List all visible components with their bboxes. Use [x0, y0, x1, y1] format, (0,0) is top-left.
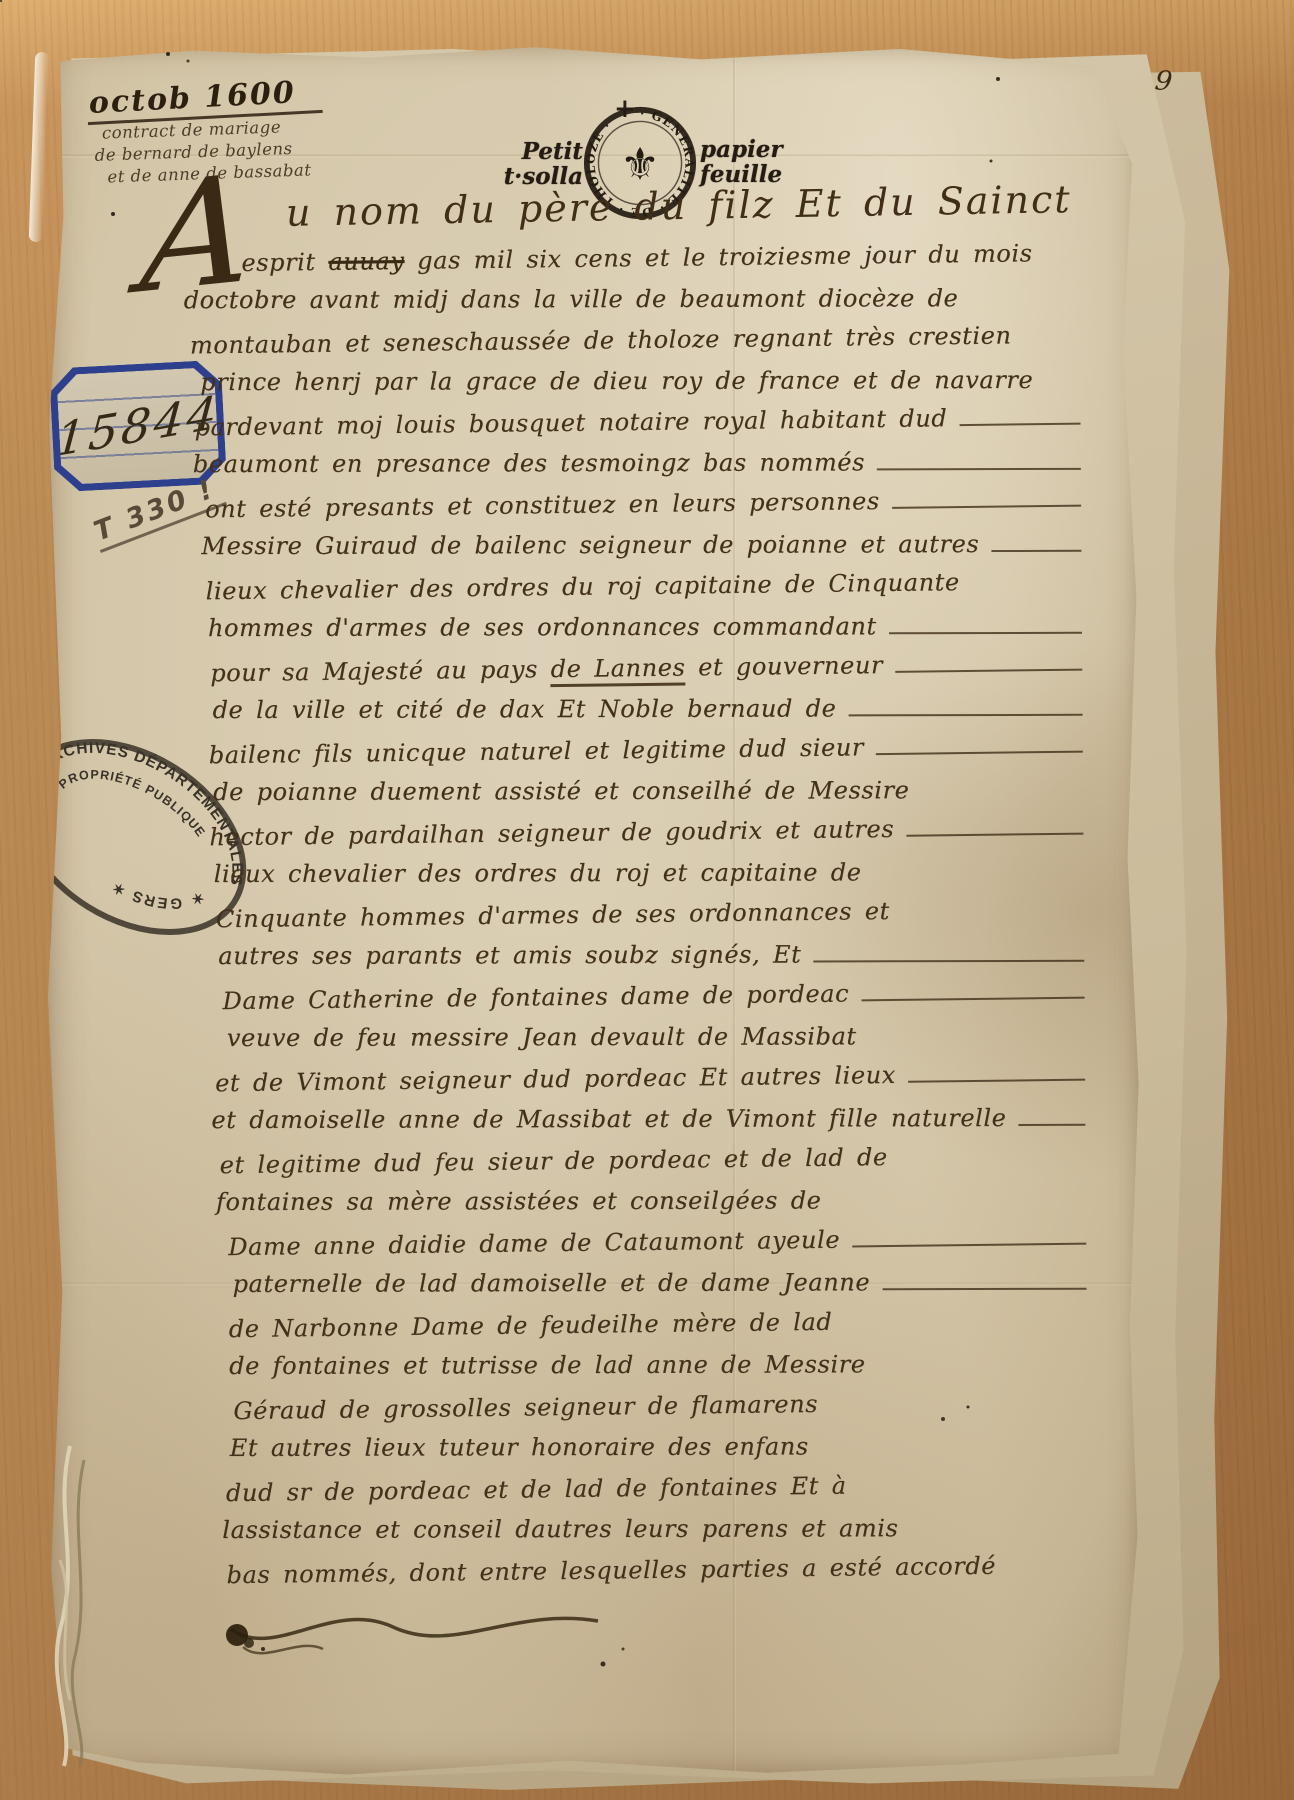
- manuscript-line: bailenc fils unicque naturel et legitime…: [209, 731, 1087, 783]
- manuscript-line-text: beaumont en presance des tesmoingz bas n…: [193, 448, 865, 478]
- ink-speckles: [0, 0, 2, 2]
- manuscript-line: et damoiselle anne de Massibat et de Vim…: [211, 1104, 1089, 1147]
- line-end-dash: [959, 411, 1080, 426]
- tax-stamp-word: papier: [700, 137, 783, 162]
- manuscript-line-text: pour sa Majesté au pays de Lannes et gou…: [210, 651, 883, 687]
- manuscript-line-text: Dame anne daidie dame de Cataumont ayeul…: [228, 1226, 840, 1261]
- line-end-dash: [877, 456, 1081, 471]
- manuscript-line: pardevant moj louis bousquet notaire roy…: [194, 403, 1084, 455]
- manuscript-line: et legitime dud feu sieur de pordeac et …: [219, 1141, 1089, 1193]
- line-end-dash: [813, 948, 1084, 963]
- manuscript-line-text: lieux chevalier des ordres du roj et cap…: [214, 858, 862, 888]
- line-end-dash: [991, 538, 1081, 552]
- photo-scene: octob 1600 contract de mariage de bernar…: [0, 0, 1294, 1800]
- line-end-dash: [1018, 1112, 1085, 1126]
- manuscript-line: veuve de feu messire Jean devault de Mas…: [227, 1022, 1089, 1065]
- manuscript-line-text: et de Vimont seigneur dud pordeac Et aut…: [215, 1061, 896, 1097]
- manuscript-line: dud sr de pordeac et de lad de fontaines…: [226, 1469, 1092, 1521]
- manuscript-line: Dame anne daidie dame de Cataumont ayeul…: [228, 1223, 1090, 1275]
- manuscript-line: autres ses parants et amis soubz signés,…: [218, 940, 1088, 983]
- manuscript-line: prince henrj par la grace de dieu roy de…: [200, 366, 1084, 409]
- manuscript-line-text: doctobre avant midj dans la ville de bea…: [184, 284, 959, 314]
- manuscript-line-text: paternelle de lad damoiselle et de dame …: [233, 1268, 871, 1298]
- manuscript-line-text: Et autres lieux tuteur honoraire des enf…: [230, 1432, 809, 1462]
- manuscript-line-text: veuve de feu messire Jean devault de Mas…: [227, 1022, 857, 1052]
- manuscript-line-text: ont esté presants et constituez en leurs…: [205, 487, 880, 523]
- manuscript-line: de poianne duement assisté et conseilhé …: [213, 776, 1087, 819]
- manuscript-line: hommes d'armes de ses ordonnances comman…: [208, 612, 1086, 655]
- line-end-dash: [852, 1231, 1086, 1248]
- folded-edge-highlight: [29, 52, 50, 242]
- manuscript-line-text: pardevant moj louis bousquet notaire roy…: [194, 404, 947, 441]
- struck-word: auuay: [328, 247, 404, 276]
- manuscript-line-text: de poianne duement assisté et conseilhé …: [213, 776, 909, 806]
- manuscript-line: lassistance et conseil dautres leurs par…: [222, 1514, 1092, 1557]
- manuscript-line: Géraud de grossolles seigneur de flamare…: [233, 1387, 1091, 1438]
- manuscript-line: Cinquante hommes d'armes de ses ordonnan…: [216, 895, 1088, 947]
- manuscript-line: Et autres lieux tuteur honoraire des enf…: [230, 1432, 1092, 1475]
- manuscript-line: doctobre avant midj dans la ville de bea…: [184, 284, 1084, 327]
- line-end-dash: [848, 702, 1082, 717]
- manuscript-line-text: de la ville et cité de dax Et Noble bern…: [213, 694, 837, 724]
- tax-stamp-left-text: Petit t·solla: [478, 139, 583, 189]
- manuscript-page: octob 1600 contract de mariage de bernar…: [38, 42, 1143, 1778]
- manuscript-line-text: Messire Guiraud de bailenc seigneur de p…: [201, 530, 979, 560]
- manuscript-lines: esprit auuay gas mil six cens et le troi…: [183, 241, 1092, 1600]
- manuscript-line: de Narbonne Dame de feudeilhe mère de la…: [229, 1305, 1091, 1357]
- line-end-dash: [861, 985, 1085, 1002]
- manuscript-line-text: fontaines sa mère assistées et conseilgé…: [216, 1186, 822, 1216]
- manuscript-line-text: prince henrj par la grace de dieu roy de…: [200, 366, 1033, 396]
- manuscript-line: lieux chevalier des ordres du roj capita…: [205, 567, 1085, 619]
- underlined-phrase: de Lannes: [550, 653, 685, 687]
- manuscript-line-text: esprit auuay gas mil six cens et le troi…: [241, 239, 1033, 277]
- manuscript-line: et de Vimont seigneur dud pordeac Et aut…: [215, 1059, 1089, 1111]
- manuscript-line-text: Cinquante hommes d'armes de ses ordonnan…: [216, 897, 890, 933]
- manuscript-line-text: lassistance et conseil dautres leurs par…: [222, 1514, 898, 1544]
- line-end-dash: [882, 1276, 1086, 1291]
- manuscript-line-text: dud sr de pordeac et de lad de fontaines…: [226, 1472, 847, 1508]
- manuscript-line-text: Dame Catherine de fontaines dame de pord…: [222, 980, 849, 1016]
- manuscript-line-text: Géraud de grossolles seigneur de flamare…: [233, 1390, 818, 1425]
- manuscript-line: hector de pardailhan seigneur de goudrix…: [209, 813, 1087, 865]
- line-end-dash: [906, 821, 1083, 837]
- opening-line: u nom du père du filz Et du Sainct: [286, 177, 1072, 235]
- manuscript-line: de fontaines et tutrisse de lad anne de …: [229, 1350, 1091, 1393]
- page-number: 9: [1153, 65, 1173, 98]
- manuscript-line: paternelle de lad damoiselle et de dame …: [233, 1268, 1091, 1311]
- manuscript-line: montauban et seneschaussée de tholoze re…: [190, 321, 1084, 373]
- manuscript-line: esprit auuay gas mil six cens et le troi…: [241, 239, 1083, 290]
- manuscript-line-text: hommes d'armes de ses ordonnances comman…: [208, 612, 877, 642]
- manuscript-line-text: de Narbonne Dame de feudeilhe mère de la…: [229, 1308, 833, 1343]
- line-end-dash: [889, 620, 1082, 635]
- line-end-dash: [895, 657, 1082, 673]
- manuscript-line-text: et legitime dud feu sieur de pordeac et …: [219, 1143, 887, 1179]
- manuscript-line-text: lieux chevalier des ordres du roj capita…: [205, 568, 959, 605]
- manuscript-line: Dame Catherine de fontaines dame de pord…: [222, 977, 1088, 1029]
- tax-stamp-right-text: papier feuille: [700, 137, 783, 187]
- line-end-dash: [876, 739, 1083, 756]
- line-end-dash: [892, 493, 1081, 509]
- manuscript-line-text: et damoiselle anne de Massibat et de Vim…: [211, 1104, 1006, 1134]
- manuscript-line: de la ville et cité de dax Et Noble bern…: [213, 694, 1087, 737]
- manuscript-line-text: autres ses parants et amis soubz signés,…: [218, 941, 801, 971]
- manuscript-line-text: de fontaines et tutrisse de lad anne de …: [229, 1350, 866, 1380]
- signature-flourish: [203, 1577, 623, 1681]
- line-end-dash: [908, 1067, 1085, 1083]
- tax-stamp-word: Petit: [478, 139, 583, 164]
- manuscript-line: pour sa Majesté au pays de Lannes et gou…: [210, 649, 1086, 701]
- binding-threads: [40, 1440, 150, 1774]
- manuscript-line: lieux chevalier des ordres du roj et cap…: [214, 858, 1088, 901]
- fleur-de-lis-icon: ⚜: [620, 139, 660, 190]
- manuscript-line: fontaines sa mère assistées et conseilgé…: [216, 1186, 1090, 1229]
- manuscript-line-text: bailenc fils unicque naturel et legitime…: [209, 733, 865, 769]
- manuscript-line-text: hector de pardailhan seigneur de goudrix…: [209, 815, 894, 851]
- manuscript-line: Messire Guiraud de bailenc seigneur de p…: [201, 530, 1085, 573]
- manuscript-line: beaumont en presance des tesmoingz bas n…: [193, 448, 1085, 491]
- manuscript-line-text: montauban et seneschaussée de tholoze re…: [190, 321, 1012, 359]
- manuscript-line: ont esté presants et constituez en leurs…: [205, 485, 1085, 537]
